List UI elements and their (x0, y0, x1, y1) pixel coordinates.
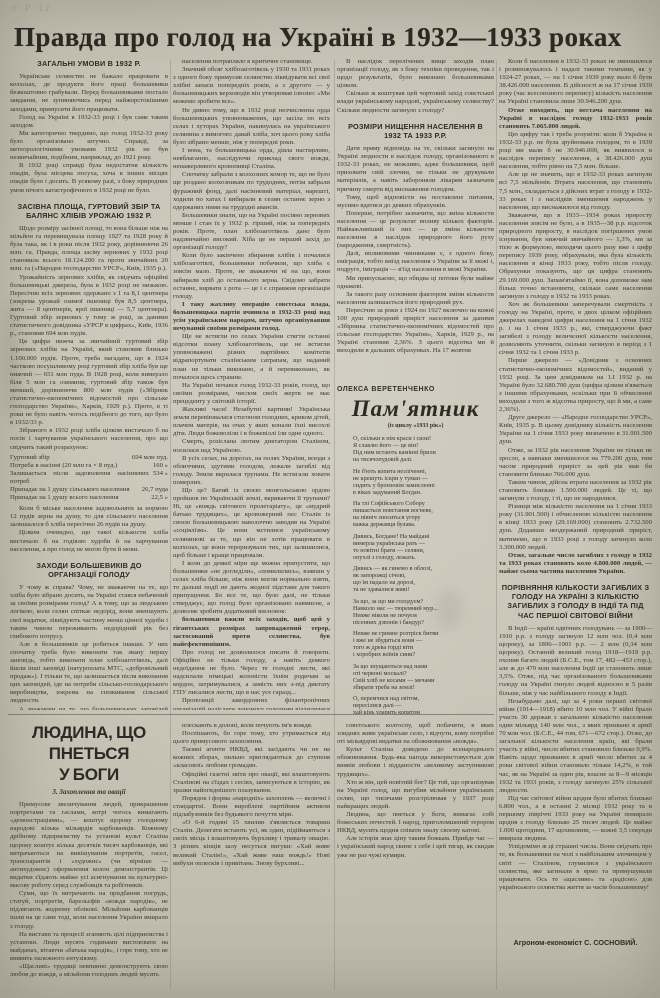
paragraph-list: В Індії — країні одвічних голодувань — з… (499, 625, 652, 892)
paragraph: Під час світової війни щодня було вбитих… (499, 795, 652, 844)
paragraph-list: совєтського колгоспу, щоб побачити, в як… (337, 722, 494, 860)
paragraph: Культ Сталіна доведено до всенароднього … (337, 746, 494, 778)
paragraph: І коли до деякої міри ще можна припустит… (173, 560, 330, 617)
paragraph: На вистави та процесії зганяють цілі під… (10, 931, 168, 963)
poem-stanza: Дивись — як гинемо в облозі, як запорожц… (353, 565, 494, 593)
bottom-column-3: совєтського колгоспу, щоб побачити, в як… (337, 722, 494, 994)
paragraph-list: Цю цифру так і треба розуміти: коли б Ук… (499, 131, 652, 552)
table-row-value: 160 » (153, 462, 168, 470)
paragraph: Але це не значить, що в 1932-33 роках за… (499, 171, 652, 211)
paragraph: Таємні агенти НКВД, які засідають чи не … (173, 746, 330, 770)
paragraph: Примусове звеличування людей, прикрашенн… (10, 801, 168, 890)
paragraph: Пропозиції закордонних філантропічних ор… (173, 697, 330, 710)
paragraph: Але в большевиків це робиться інакше. У … (10, 641, 168, 706)
table-row: Припадає на 1 душу всього населення 22,5… (10, 494, 168, 502)
column-divider (496, 60, 497, 990)
paragraph: І вона, та большевицька орда, діяла наст… (173, 147, 330, 171)
section-heading: РОЗМІРИ НИЩЕННЯ НАСЕЛЕННЯ В 1932 ТА 1933… (339, 122, 492, 140)
paragraph: «О 6-й годині 15 хвилин з'являється това… (173, 819, 330, 868)
paragraph: Поспішають, бо горе тому, хто утримаєтьс… (173, 730, 330, 746)
bottom-article-subhead: 3. Захоплення та овації (10, 788, 168, 796)
paragraph: Офіційні газетні звіти про овації, які в… (173, 771, 330, 795)
paragraph-list: Коли б міське населення задовольняти за … (10, 505, 168, 554)
table-row-value: 694 млн пуд. (132, 454, 168, 462)
paragraph-bold: большевики вжили всіх заходів, щоб цей у… (173, 616, 330, 648)
paragraph: Большевики знали, що на Україні посіяно … (173, 212, 330, 252)
poem-stanza: За що знущаються над нами оті червоні мо… (353, 663, 494, 691)
column-1: ЗАГАЛЬНІ УМОВИ В 1932 Р. Українське селя… (10, 58, 168, 710)
poem-stanza: О, перемчися над світом, пересілися далі… (353, 695, 494, 714)
paragraph: Ми припускаємо, що обидва ці потоки були… (337, 275, 494, 291)
table-row-label: Залишається після задоволення насінневих… (10, 470, 149, 486)
paragraph: Порядок і форма «народніх» захоплень — в… (173, 795, 330, 819)
table-row-label: Гуртовий збір (10, 454, 128, 462)
paragraph-list: В наслідок перелічених вище заходів план… (337, 58, 494, 115)
poem-stanza: Не б'ють копита незліченні, не крешуть і… (353, 468, 494, 496)
paragraph: Пересічно за роки з 1924 по 1927 включно… (337, 307, 494, 356)
paragraph: Друге джерело — «Народне господарство УР… (499, 414, 652, 446)
paragraph: На Україні почався голод 1932-33 років, … (173, 382, 330, 406)
paragraph: Ми категорично твердимо, що голод 1932-3… (10, 130, 168, 162)
paragraph: Урожайність зернових хлібів, як свідчать… (10, 274, 168, 339)
table-row-label: Потреба в насінні (20 млн га × 8 пуд.) (10, 462, 149, 470)
poem-title: Пам'ятник (337, 396, 494, 421)
section-heading: ЗАСІВНА ПЛОЩА, ГУРТОВИЙ ЗБІР ТА БАЛЯНС Х… (12, 202, 166, 220)
poem-stanza-list: О, скільки в нім краси і сили! Я славлю … (337, 435, 494, 714)
paragraph-list: Щодо розміру засівної площі, то вона біл… (10, 225, 168, 452)
poem-stanza: Дивись, Богдане! На майдані вимерла укра… (353, 533, 494, 561)
paragraph: В Індії — країні одвічних голодувань — з… (499, 625, 652, 698)
paragraph: Коли було закінчено збирання хлібів і по… (173, 252, 330, 301)
paragraph: Спочатку забрали з колхозних комор те, щ… (173, 171, 330, 211)
poem-stanza: За що, за що ми голодуєм? Навколо нас — … (353, 598, 494, 626)
column-4: Коли б населення в 1932-33 роках не змен… (499, 58, 652, 932)
paragraph: совєтського колгоспу, щоб побачити, в як… (337, 722, 494, 746)
column-3: В наслідок перелічених вище заходів план… (337, 58, 494, 384)
paragraph: Хоч як большевики заперечували смертніст… (499, 301, 652, 358)
paragraph-list: плескають в долоні, коли почують ім'я во… (173, 722, 330, 868)
paragraph: Значний обсяг хлібозаготівель у 1930 та … (173, 66, 330, 106)
poem-author: ОЛЕКСА ВЕРЕТЕНЧЕНКО (337, 386, 494, 393)
main-headline: Правда про голод на Україні в 1932—1933 … (14, 22, 650, 52)
paragraph: Але історія знає ціну таким божкам. Прий… (337, 835, 494, 859)
section-heading: ЗАГАЛЬНІ УМОВИ В 1932 Р. (12, 59, 166, 68)
paragraph: Тому, щоб відповісти на поставлене питан… (337, 194, 494, 210)
paragraph: Поперше, потрібно зазначити, що зміна кі… (337, 210, 494, 250)
poem: ОЛЕКСА ВЕРЕТЕНЧЕНКО Пам'ятник (із циклу … (337, 386, 494, 714)
paragraph: Про голод не дозволялося писати й говори… (173, 649, 330, 698)
table-row-value: 22,5 » (151, 494, 168, 502)
paragraph: Ще не встигли по селах України стягти ос… (173, 333, 330, 382)
column-divider (170, 60, 171, 990)
paragraph: А зважаючи на те, що большевицьких запов… (10, 706, 168, 710)
table-row-label: Припадає на 1 душу всього населення (10, 494, 147, 502)
paragraph: Дати пряму відповідь на те, скільки заги… (337, 145, 494, 194)
bottom-article-headline: ЛЮДИНА, ЩО ПНЕТЬСЯ У БОГИ (10, 722, 168, 785)
paragraph: В наслідок перелічених вище заходів план… (337, 58, 494, 90)
paragraph-list: Ще не встигли по селах України стягти ос… (173, 333, 330, 616)
paragraph: Усвідомімо ж ці страшні числа. Вони свід… (499, 843, 652, 892)
table-row: Потреба в насінні (20 млн га × 8 пуд.) 1… (10, 462, 168, 470)
paragraph: Скільки ж коштував цей чортовий захід со… (337, 90, 494, 114)
paragraph-bold: Отже, загальне число загиблих з голоду в… (499, 552, 652, 576)
paragraph: Голод на Україні в 1932-33 році і був са… (10, 114, 168, 130)
corner-mark: 6 Р 11 (12, 3, 53, 13)
paragraph: Жахливі часи! Незабутні картини! Українс… (173, 406, 330, 438)
paragraph: Коли б міське населення задовольняти за … (10, 505, 168, 529)
paragraph: За такого разу основним фактором зміни к… (337, 291, 494, 307)
paragraph: Не дивно тому, що в 1932 році незчисленн… (173, 107, 330, 147)
paragraph: Що це? Батий із своєю монгольською ордою… (173, 487, 330, 560)
paragraph: Смерть, розіслана лютим диктатором Сталі… (173, 438, 330, 454)
paragraph-list: населення потрапляло в критичне становищ… (173, 58, 330, 301)
author-signature: Агроном-економіст С. СОСНОВИЙ. (499, 938, 652, 947)
paragraph: Зважаючи, що в 1933—1934 роках приросту … (499, 212, 652, 301)
paragraph: «Щасливі» трудящі невпинно демонструють … (10, 963, 168, 979)
paragraph: Отже, за 1932 рік населення України не т… (499, 447, 652, 479)
paragraph-list: Дати пряму відповідь на те, скільки заги… (337, 145, 494, 355)
newspaper-page: 6 Р 11 Правда про голод на Україні в 193… (0, 0, 660, 998)
table-row-value: 534 » (153, 470, 168, 486)
paragraph: Далі, впливовими чинниками є, з одного б… (337, 250, 494, 274)
paragraph: Різниця між кількістю населення на 1 січ… (499, 503, 652, 552)
paragraph: В 1932 році справді була недостатня кіль… (10, 162, 168, 194)
table-row: Гуртовий збір 694 млн пуд. (10, 454, 168, 462)
poem-stanza: О, скільки в нім краси і сили! Я славлю … (353, 435, 494, 463)
paragraph: населення потрапляло в критичне становищ… (173, 58, 330, 66)
table-row: Залишається після задоволення насінневих… (10, 470, 168, 486)
section-divider (8, 714, 494, 715)
section-heading: ЗАХОДИ БОЛЬШЕВИКІВ ДО ОРГАНІЗАЦІЇ ГОЛОДУ (12, 561, 166, 579)
bottom-column-2: плескають в долоні, коли почують ім'я во… (173, 722, 330, 994)
headline-line: У БОГИ (10, 764, 168, 785)
paragraph: Людина, що пнеться у боги, вимагає собі … (337, 811, 494, 835)
table-row-label: Припадає на 1 душу сільського населення (10, 486, 138, 494)
poem-stanza: На тлі Софійського Собору пишається повс… (353, 500, 494, 528)
column-divider (334, 60, 335, 990)
poem-stanza: Невже не гримне розтріск битви і вже не … (353, 630, 494, 658)
paragraph-bold: І таку жахливу операцію совєтська влада,… (173, 301, 330, 333)
paragraph-list: Примусове звеличування людей, прикрашенн… (10, 801, 168, 979)
paragraph: Цю цифру так і треба розуміти: коли б Ук… (499, 131, 652, 171)
paragraph: Ця цифра нижча за звичайний гуртовий збі… (10, 338, 168, 427)
paragraph: У чому ж справа? Чому, не зважаючи на те… (10, 584, 168, 641)
comparison-heading: ПОРІВНЯННЯ КІЛЬКОСТИ ЗАГИБЛИХ З ГОЛОДУ Н… (501, 583, 650, 620)
paragraph: плескають в долоні, коли почують ім'я во… (173, 722, 330, 730)
paragraph: Незабудьмо далі, що за 4 роки першої сві… (499, 698, 652, 795)
paragraph: Суми, що їх витрачають на придбання погр… (10, 890, 168, 930)
paragraph-list: Українське селянство не бажало працювати… (10, 73, 168, 194)
paragraph-list: Про голод не дозволялося писати й говори… (173, 649, 330, 710)
paragraph: Хто ж він, цей новітній бог? Це той, що … (337, 779, 494, 811)
paragraph: Таким чином, дійсна втрата населення за … (499, 479, 652, 503)
table-row: Припадає на 1 душу сільського населення … (10, 486, 168, 494)
paragraph: Перше джерело — «Довідник з основних ста… (499, 357, 652, 414)
column-2: населення потрапляло в критичне становищ… (173, 58, 330, 710)
paragraph-list: У чому ж справа? Чому, не зважаючи на те… (10, 584, 168, 710)
poem-subtitle: (із циклу «1933 рік») (337, 423, 494, 429)
bottom-column-1: ЛЮДИНА, ЩО ПНЕТЬСЯ У БОГИ 3. Захоплення … (10, 722, 168, 994)
paragraph: Коли б населення в 1932-33 роках не змен… (499, 58, 652, 107)
table-row-value: 26,7 пуда (142, 486, 168, 494)
paragraph: Цілком очевидно, що такої кількости хліб… (10, 529, 168, 553)
paragraph: Щодо розміру засівної площі, то вона біл… (10, 225, 168, 274)
headline-line: ЛЮДИНА, ЩО ПНЕТЬСЯ (10, 722, 168, 764)
paragraph: Українське селянство не бажало працювати… (10, 73, 168, 113)
paragraph-bold: Отже виходить, що нестача населення на У… (499, 107, 652, 131)
balance-table: Гуртовий збір 694 млн пуд. Потреба в нас… (10, 454, 168, 503)
paragraph: Зібраного в 1932 році хліба цілком виста… (10, 427, 168, 451)
paragraph: В усіх селах, на дорогах, на полях Украї… (173, 455, 330, 487)
